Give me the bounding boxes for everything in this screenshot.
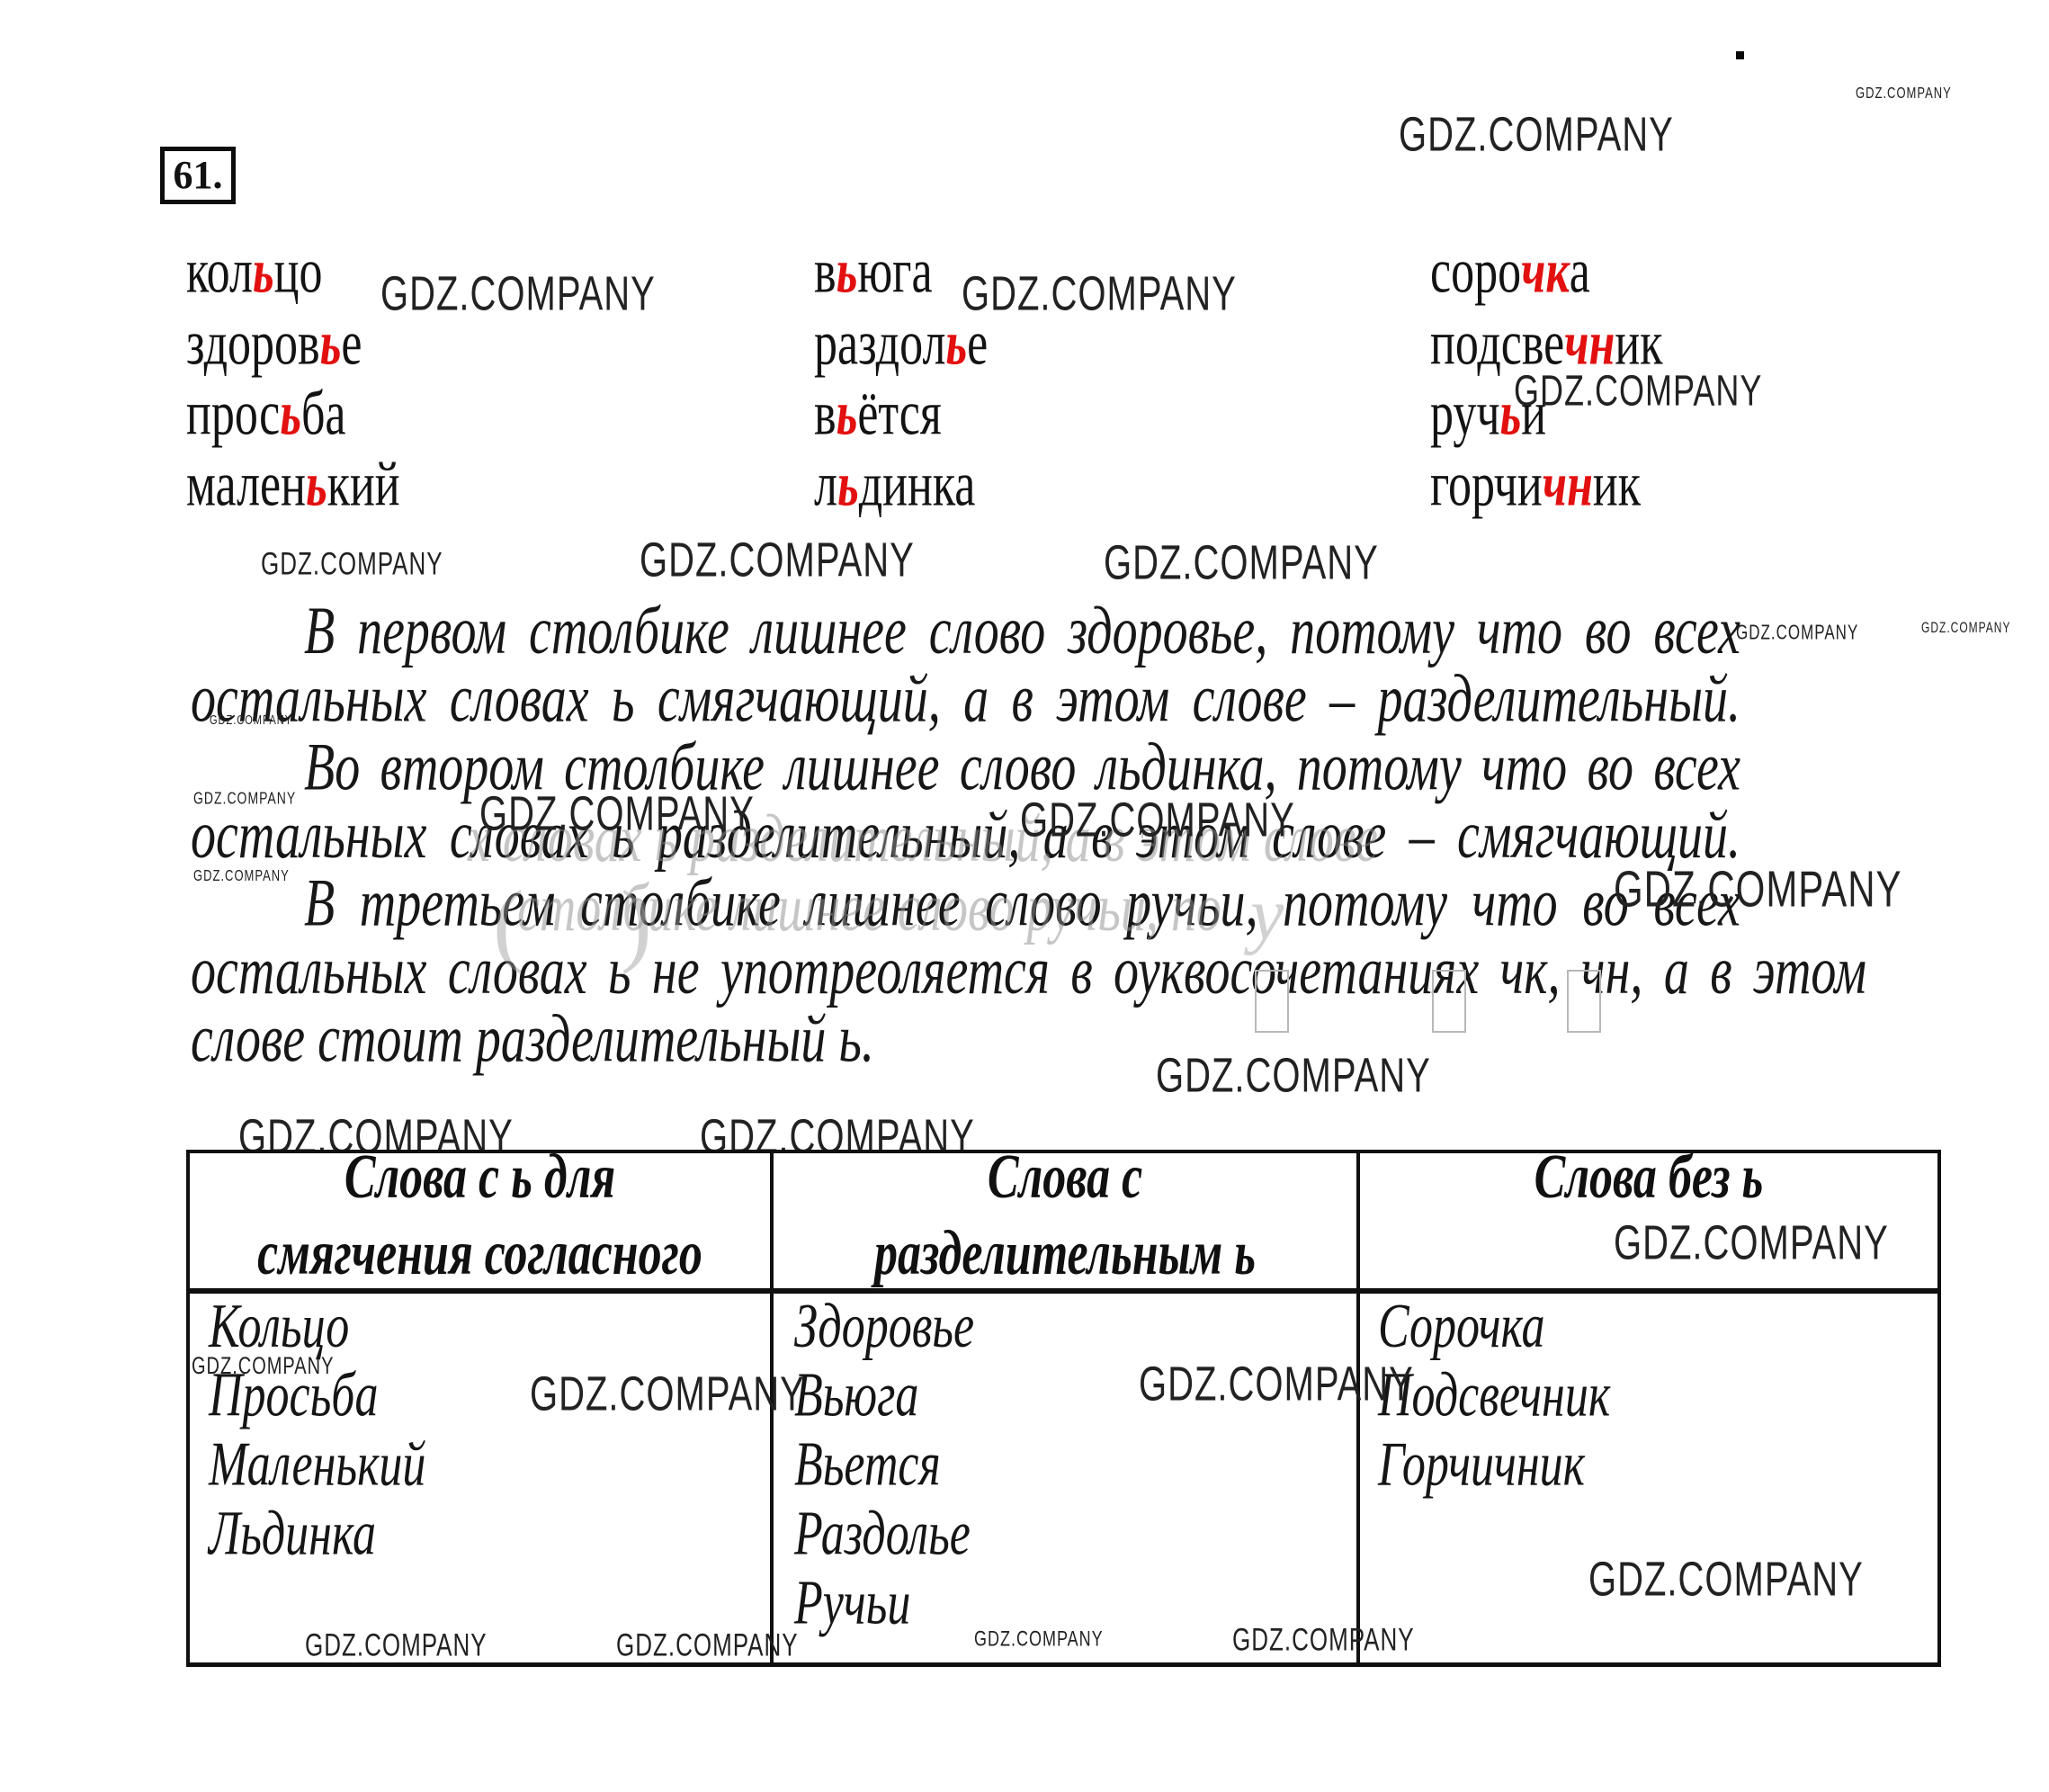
table-word: Раздолье [794, 1500, 974, 1569]
watermark: GDZ.COMPANY [261, 545, 443, 583]
scan-artifact-box [1255, 970, 1289, 1033]
word-malenkiy: маленький [186, 454, 400, 517]
highlighted-letters: чк [1521, 237, 1570, 307]
word-part: горчи [1430, 451, 1543, 520]
scan-artifact-curve: ( [493, 877, 524, 971]
watermark: GDZ.COMPANY [1104, 536, 1379, 591]
table-word: Ручьи [794, 1569, 974, 1638]
word-part: здоров [186, 309, 320, 379]
watermark: GDZ.COMPANY [1232, 1621, 1415, 1659]
watermark: GDZ.COMPANY [1399, 108, 1674, 163]
word-vyuga: вьюга [814, 241, 933, 304]
watermark: GDZ.COMPANY [1139, 1357, 1414, 1412]
watermark: GDZ.COMPANY [616, 1626, 799, 1664]
watermark: GDZ.COMPANY [974, 1626, 1104, 1652]
word-part: ба [301, 380, 346, 449]
highlighted-letter: ь [280, 380, 301, 449]
watermark: GDZ.COMPANY [210, 713, 292, 728]
table-header-without: Слова без ь [1360, 1139, 1937, 1215]
watermark: GDZ.COMPANY [1614, 1216, 1889, 1271]
watermark: GDZ.COMPANY [305, 1626, 488, 1664]
highlighted-letter: ь [837, 451, 859, 520]
word-part: кий [327, 451, 400, 520]
word-part: мален [186, 451, 306, 520]
word-part: руч [1430, 380, 1499, 449]
watermark: GDZ.COMPANY [193, 866, 290, 884]
table-word: Маленький [209, 1430, 425, 1500]
answer-line: остальных словах ь не употреоляется в оу… [191, 937, 1866, 1006]
watermark: GDZ.COMPANY [640, 533, 915, 588]
answer-line: Во втором столбике лишнее слово льдинка,… [191, 733, 1740, 802]
word-part: динка [859, 451, 976, 520]
exercise-number-box: 61. [160, 147, 236, 204]
scan-artifact-box [1567, 970, 1601, 1033]
scanned-page: GDZ.COMPANY GDZ.COMPANY 61. кольцо здоро… [0, 0, 2049, 1792]
watermark: GDZ.COMPANY [962, 267, 1237, 322]
word-part: ётся [857, 380, 941, 449]
header-line: Слова с [774, 1139, 1356, 1215]
word-part: е [341, 309, 362, 379]
word-part: кол [186, 237, 253, 307]
table-header-softening: Слова с ь для смягчения согласного [190, 1139, 770, 1292]
word-part: а [1570, 237, 1590, 307]
answer-line: В первом столбике лишнее слово здоровье,… [191, 597, 1740, 666]
scan-artifact-letter: у [1250, 868, 1284, 962]
table-border-right [1937, 1150, 1941, 1667]
table-word: Кольцо [209, 1292, 425, 1361]
watermark: GDZ.COMPANY [1514, 365, 1762, 417]
table-word: Льдинка [209, 1500, 425, 1569]
scan-artifact-curve: ) [621, 877, 652, 971]
highlighted-letter: ь [306, 451, 327, 520]
watermark: GDZ.COMPANY [1588, 1553, 1864, 1608]
table-word: Сорочка [1378, 1292, 1610, 1361]
scan-dot [1736, 51, 1744, 59]
word-part: прос [186, 380, 280, 449]
table-word: Здоровье [794, 1292, 974, 1361]
watermark: GDZ.COMPANY [380, 267, 656, 322]
watermark: GDZ.COMPANY [1020, 793, 1295, 848]
word-kolco: кольцо [186, 241, 322, 304]
word-vyotsya: вьётся [814, 383, 942, 446]
word-part: цо [274, 237, 323, 307]
watermark: GDZ.COMPANY [479, 787, 755, 842]
word-sorochka: сорочка [1430, 241, 1590, 304]
highlighted-letter: ь [253, 237, 274, 307]
table-cell-separating-words: Здоровье Вьюга Вьется Раздолье Ручьи [794, 1292, 974, 1638]
header-line: смягчения согласного [190, 1215, 770, 1292]
highlighted-letter: ь [320, 309, 342, 379]
table-header-separating: Слова с разделительным ь [774, 1139, 1356, 1292]
word-part: юга [857, 237, 932, 307]
watermark: GDZ.COMPANY [1156, 1049, 1431, 1104]
word-part: раздол [814, 309, 945, 379]
word-ldinka: льдинка [814, 454, 975, 517]
word-part: в [814, 237, 837, 307]
word-gorchichnik: горчичник [1430, 454, 1641, 517]
highlighted-letter: ь [837, 380, 858, 449]
watermark: GDZ.COMPANY [192, 1353, 334, 1381]
watermark: GDZ.COMPANY [1736, 621, 1858, 645]
word-part: ик [1593, 451, 1641, 520]
watermark: GDZ.COMPANY [1614, 860, 1902, 918]
header-line: разделительным ь [774, 1215, 1356, 1292]
scan-artifact-box [1432, 970, 1466, 1033]
exercise-number: 61. [174, 153, 223, 197]
watermark: GDZ.COMPANY [530, 1367, 805, 1422]
word-part: л [814, 451, 837, 520]
answer-line: слове стоит разделительный ь. [191, 1006, 1740, 1074]
highlighted-letters: чн [1543, 451, 1593, 520]
watermark: GDZ.COMPANY [1856, 84, 1952, 102]
word-prosba: просьба [186, 383, 346, 446]
word-part: соро [1430, 237, 1521, 307]
table-word: Вьюга [794, 1361, 974, 1430]
header-line: Слова с ь для [190, 1139, 770, 1215]
table-word: Горчичник [1378, 1430, 1610, 1500]
watermark: GDZ.COMPANY [193, 788, 296, 808]
word-part: в [814, 380, 837, 449]
table-cell-softening-words: Кольцо Просьба Маленький Льдинка [209, 1292, 425, 1569]
watermark: GDZ.COMPANY [1921, 619, 2010, 636]
table-word: Вьется [794, 1430, 974, 1500]
answer-line: остальных словах ь смягчающий, а в этом … [191, 666, 1740, 734]
word-zdorove: здоровье [186, 313, 362, 376]
header-line: Слова без ь [1360, 1139, 1937, 1215]
word-razdole: раздолье [814, 313, 988, 376]
highlighted-letter: ь [837, 237, 858, 307]
